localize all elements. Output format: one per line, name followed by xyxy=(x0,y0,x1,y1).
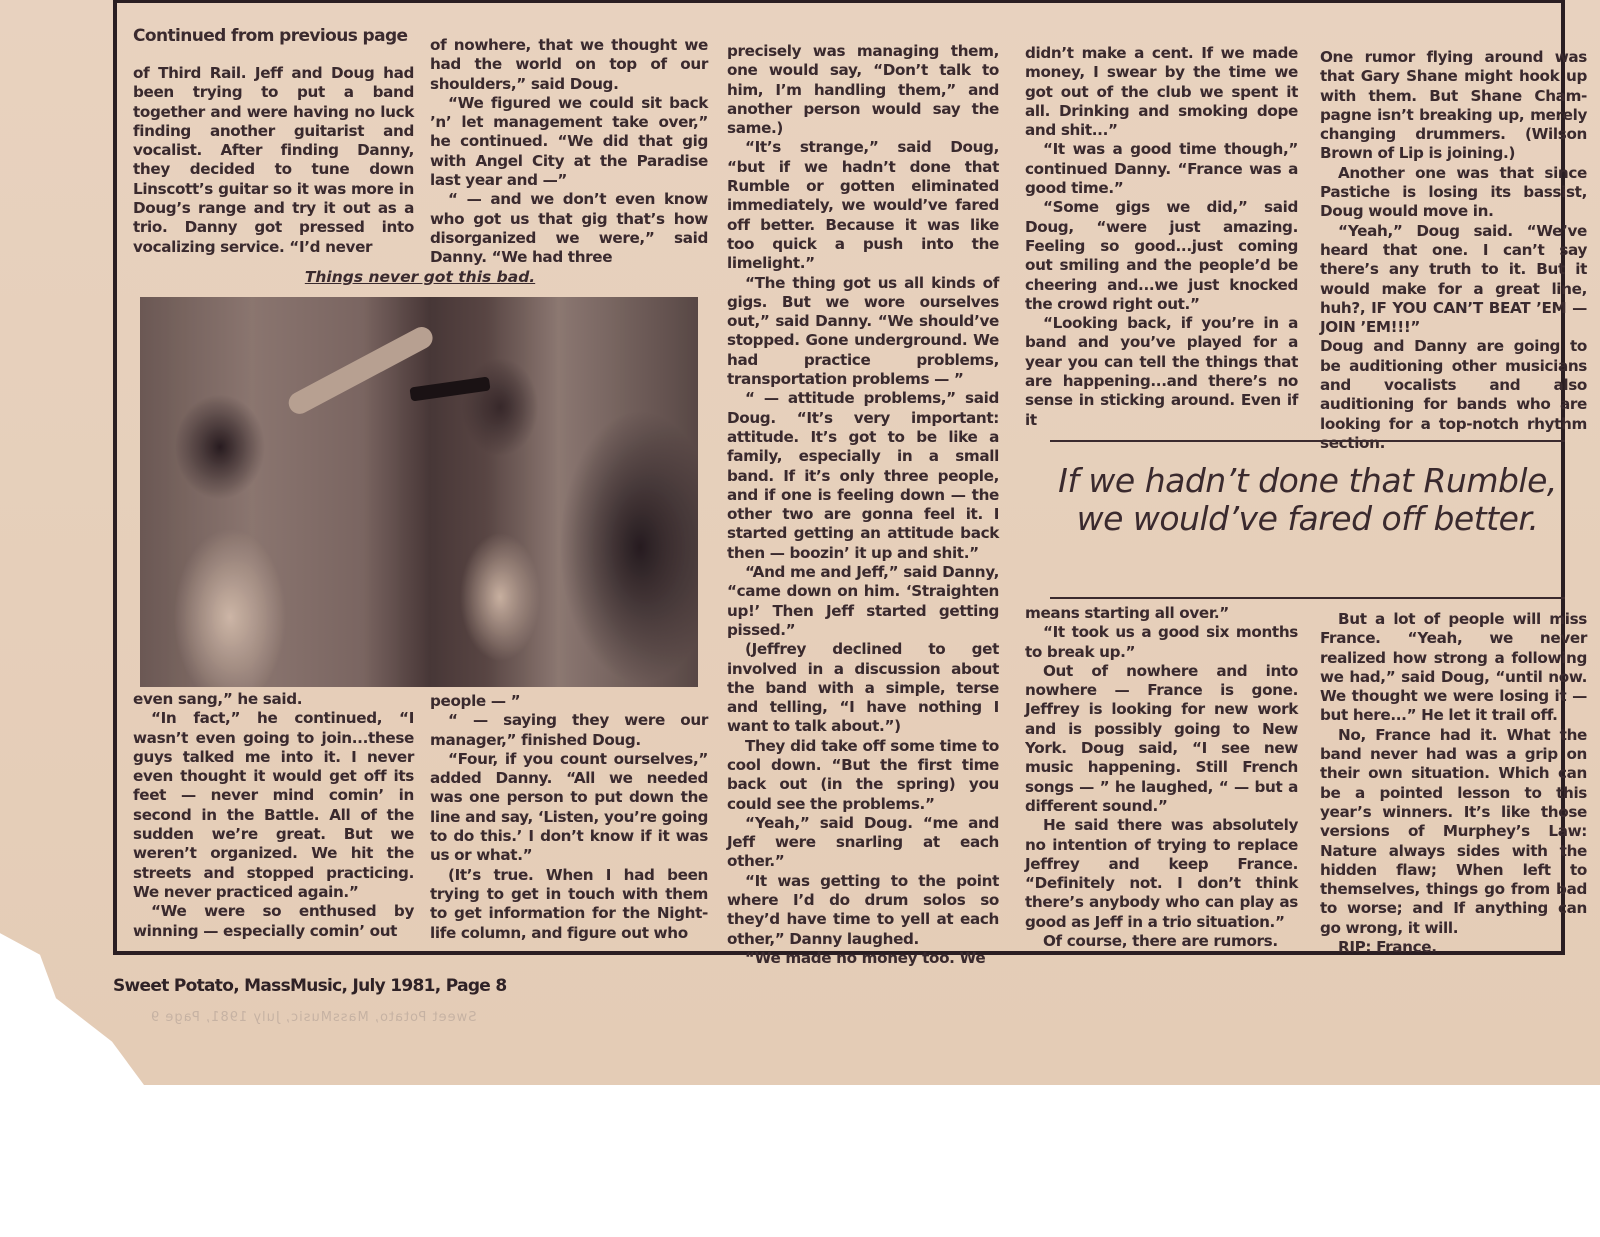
paragraph: “ — attitude problems,” said Doug. “It’s… xyxy=(727,389,999,563)
page-footer: Sweet Potato, MassMusic, July 1981, Page… xyxy=(113,976,506,996)
paragraph: Doug and Danny are going to be auditioni… xyxy=(1320,337,1587,453)
arm-shape xyxy=(285,323,437,418)
photo-caption: Things never got this bad. xyxy=(140,268,700,286)
paragraph: “It’s strange,” said Doug, “but if we ha… xyxy=(727,138,999,273)
paragraph: people — ” xyxy=(430,692,708,711)
pullquote-rule-bottom xyxy=(1050,597,1565,599)
column-2-top: of nowhere, that we thought we had the w… xyxy=(430,36,708,268)
column-3: precisely was managing them, one would s… xyxy=(727,42,999,968)
paragraph: “It was getting to the point where I’d d… xyxy=(727,872,999,949)
paragraph: They did take off some time to cool down… xyxy=(727,737,999,814)
paragraph: means starting all over.” xyxy=(1025,604,1298,623)
column-5-bottom: But a lot of people will miss France. “Y… xyxy=(1320,610,1587,957)
revolver-icon xyxy=(409,377,490,402)
paragraph: of Third Rail. Jeff and Doug had been tr… xyxy=(133,64,414,257)
paragraph: No, France had it. What the band never h… xyxy=(1320,726,1587,938)
paragraph: didn’t make a cent. If we made money, I … xyxy=(1025,44,1298,140)
paragraph: “Looking back, if you’re in a band and y… xyxy=(1025,314,1298,430)
caption-text: Things never got this bad. xyxy=(305,268,535,286)
paragraph: Out of nowhere and into nowhere — France… xyxy=(1025,662,1298,816)
paragraph: But a lot of people will miss France. “Y… xyxy=(1320,610,1587,726)
paragraph: “It was a good time though,” continued D… xyxy=(1025,140,1298,198)
paragraph: “In fact,” he continued, “I wasn’t even … xyxy=(133,709,414,902)
column-1-top: of Third Rail. Jeff and Doug had been tr… xyxy=(133,64,414,257)
column-4-bottom: means starting all over.” “It took us a … xyxy=(1025,604,1298,951)
column-5-top: One rumor flying around was that Gary Sh… xyxy=(1320,48,1587,453)
column-4-top: didn’t make a cent. If we made money, I … xyxy=(1025,44,1298,430)
paragraph: even sang,” he said. xyxy=(133,690,414,709)
paragraph: “And me and Jeff,” said Danny, “came dow… xyxy=(727,563,999,640)
paragraph: (It’s true. When I had been trying to ge… xyxy=(430,866,708,943)
paragraph: “ — and we don’t even know who got us th… xyxy=(430,190,708,267)
paragraph: “Four, if you count ourselves,” added Da… xyxy=(430,750,708,866)
paragraph: precisely was managing them, one would s… xyxy=(727,42,999,138)
pull-quote: If we hadn’t done that Rumble, we would’… xyxy=(1050,462,1565,538)
column-2-bottom: people — ” “ — saying they were our mana… xyxy=(430,692,708,943)
paragraph: “Yeah,” said Doug. “me and Jeff were sna… xyxy=(727,814,999,872)
band-photo xyxy=(140,297,698,687)
column-1-bottom: even sang,” he said. “In fact,” he conti… xyxy=(133,690,414,941)
paragraph: He said there was absolutely no intentio… xyxy=(1025,816,1298,932)
pullquote-rule-top xyxy=(1050,440,1565,442)
paragraph: RIP: France. xyxy=(1320,938,1587,957)
continued-kicker: Continued from previous page xyxy=(133,26,407,46)
paragraph: of nowhere, that we thought we had the w… xyxy=(430,36,708,94)
paragraph: “We were so enthused by winning — especi… xyxy=(133,902,414,941)
paragraph: One rumor flying around was that Gary Sh… xyxy=(1320,48,1587,164)
paragraph: (Jeffrey declined to get involved in a d… xyxy=(727,640,999,736)
paragraph: “It took us a good six months to break u… xyxy=(1025,623,1298,662)
paragraph: “We made no money too. We xyxy=(727,949,999,968)
paragraph: “Yeah,” Doug said. “We’ve heard that one… xyxy=(1320,222,1587,338)
paragraph: “We figured we could sit back ’n’ let ma… xyxy=(430,94,708,190)
paragraph: Another one was that since Pastiche is l… xyxy=(1320,164,1587,222)
bleed-through-text: Sweet Potato, MassMusic, July 1981, Page… xyxy=(150,1010,477,1025)
paragraph: “Some gigs we did,” said Doug, “were jus… xyxy=(1025,198,1298,314)
paragraph: “The thing got us all kinds of gigs. But… xyxy=(727,274,999,390)
paragraph: Of course, there are rumors. xyxy=(1025,932,1298,951)
paragraph: “ — saying they were our manager,” finis… xyxy=(430,711,708,750)
